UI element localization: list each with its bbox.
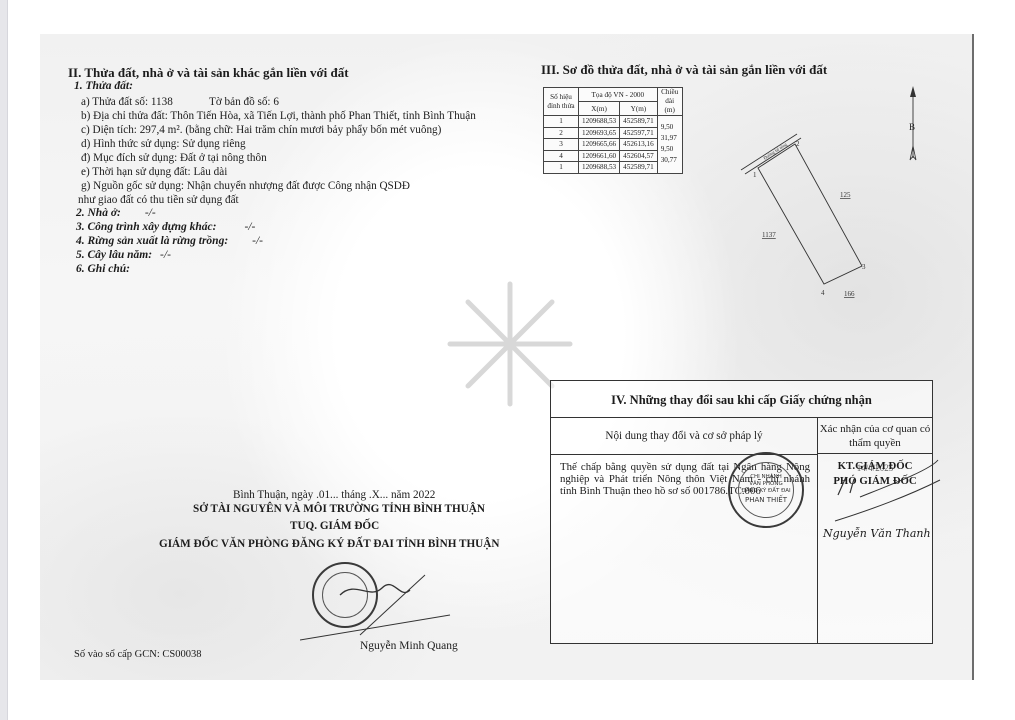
section2-heading: II. Thửa đất, nhà ở và tài sản khác gắn … — [68, 65, 349, 81]
section3-heading: III. Sơ đồ thửa đất, nhà ở và tài sản gắ… — [541, 62, 827, 78]
item-notes: 6. Ghi chú: — [76, 263, 130, 275]
item-planted-forest: 4. Rừng sản xuất là rừng trồng:-/- — [76, 235, 263, 247]
issue-date: Bình Thuận, ngày .01... tháng .X... năm … — [233, 488, 435, 502]
svg-text:1: 1 — [753, 171, 757, 179]
col-y-header: Y(m) — [620, 102, 658, 116]
neighbor-parcel-125: 125 — [840, 191, 851, 199]
svg-text:4: 4 — [821, 289, 825, 297]
svg-text:3: 3 — [862, 263, 866, 271]
map-sheet-number: Tờ bản đồ số: 6 — [209, 95, 279, 109]
column-divider — [817, 418, 818, 643]
branch-seal-icon: CHI NHÁNH VĂN PHÒNG ĐĂNG KÝ ĐẤT ĐAI PHAN… — [728, 452, 804, 528]
origin-line-2: như giao đất có thu tiền sử dụng đất — [78, 193, 239, 207]
land-heading: 1. Thửa đất: — [74, 80, 133, 92]
col-point-header: Số hiệu đỉnh thửa — [544, 88, 579, 116]
item-house: 2. Nhà ở:-/- — [76, 207, 156, 219]
neighbor-parcel-166: 166 — [844, 290, 855, 298]
signer-name: Nguyễn Minh Quang — [360, 640, 458, 652]
usage-form: d) Hình thức sử dụng: Sử dụng riêng — [81, 137, 246, 151]
origin-line-1: g) Nguồn gốc sử dụng: Nhận chuyển nhượng… — [81, 179, 410, 193]
usage-purpose: đ) Mục đích sử dụng: Đất ở tại nông thôn — [81, 151, 267, 165]
parcel-outline — [758, 144, 862, 284]
col-confirmation-header: Xác nhận của cơ quan có thẩm quyền — [818, 418, 932, 454]
signature-mark-icon — [300, 560, 460, 650]
coordinate-table: Số hiệu đỉnh thửa Tọa độ VN - 2000 Chiều… — [543, 87, 683, 174]
col-coord-header: Tọa độ VN - 2000 — [579, 88, 658, 102]
col-x-header: X(m) — [579, 102, 620, 116]
parcel-address: b) Địa chỉ thửa đất: Thôn Tiến Hòa, xã T… — [81, 109, 476, 123]
issuing-department: SỞ TÀI NGUYÊN VÀ MÔI TRƯỜNG TỈNH BÌNH TH… — [193, 503, 485, 515]
item-perennial-trees: 5. Cây lâu năm:-/- — [76, 249, 171, 261]
usage-term: e) Thời hạn sử dụng đất: Lâu dài — [81, 165, 227, 179]
neighbor-parcel-1137: 1137 — [762, 231, 776, 239]
authorization-title: TUQ. GIÁM ĐỐC — [290, 520, 379, 532]
parcel-area: c) Diện tích: 297,4 m². (bằng chữ: Hai t… — [81, 123, 441, 137]
col-change-content-header: Nội dung thay đổi và cơ sở pháp lý — [551, 418, 817, 455]
viewer-left-edge — [0, 0, 8, 720]
parcel-number: a) Thửa đất số: 1138 — [81, 95, 173, 109]
parcel-sketch: Đường bê tông 1 2 3 4 125 1137 166 B — [700, 80, 960, 310]
north-label: B — [909, 122, 915, 132]
registry-number: Số vào sổ cấp GCN: CS00038 — [74, 649, 201, 660]
svg-text:2: 2 — [796, 140, 800, 148]
table-row: 1 1209688,53 452589,71 9,50 31,97 9,50 3… — [544, 116, 683, 128]
confirmation-signature-icon — [820, 455, 950, 535]
item-other-structures: 3. Công trình xây dựng khác:-/- — [76, 221, 255, 233]
office-title: GIÁM ĐỐC VĂN PHÒNG ĐĂNG KÝ ĐẤT ĐAI TỈNH … — [159, 538, 499, 550]
col-length-header: Chiều dài (m) — [657, 88, 682, 116]
section4-heading: IV. Những thay đổi sau khi cấp Giấy chứn… — [551, 381, 932, 418]
length-column: 9,50 31,97 9,50 30,77 — [657, 116, 682, 174]
